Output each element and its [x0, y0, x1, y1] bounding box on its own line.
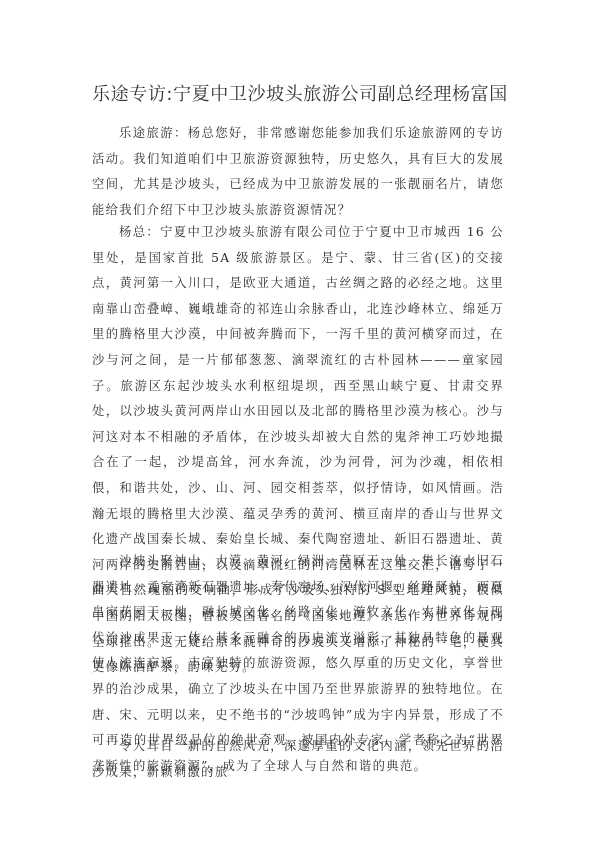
paragraph-continuation: 令人耳目一新的自然风光，深邃厚重的文化内涵，领先世界的治沙成果，新颖刺激的旅 [92, 734, 504, 785]
article-title: 乐途专访:宁夏中卫沙坡头旅游公司副总经理杨富国 [92, 83, 552, 107]
document-page: 乐途专访:宁夏中卫沙坡头旅游公司副总经理杨富国 乐途旅游：杨总您好，非常感谢您能… [0, 0, 595, 842]
paragraph-interview-question: 乐途旅游：杨总您好，非常感谢您能参加我们乐途旅游网的专访活动。我们知道咱们中卫旅… [92, 121, 504, 223]
